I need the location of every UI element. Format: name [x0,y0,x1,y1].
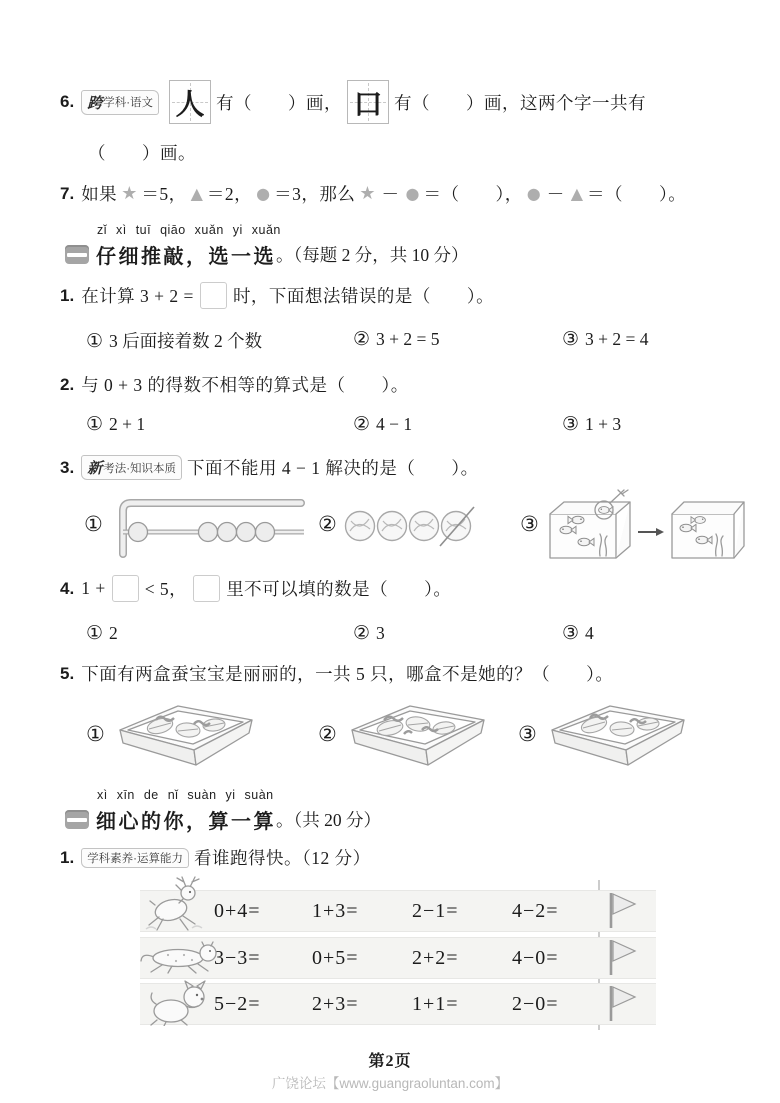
option-text: 2 + 1 [109,414,145,434]
question-number: 5. [60,664,74,684]
expression: 1+1= [412,984,459,1024]
leopard-icon [138,939,224,975]
notebook-icon [65,245,89,264]
stem-text: 里不可以填的数是（ ）。 [226,576,451,601]
stem-text: 下面有两盒蚕宝宝是丽丽的，一共 5 只，哪盒不是她的？（ ）。 [81,661,613,686]
circled-1: ① [86,622,103,644]
choice-q1: 1. 在计算 3 + 2 = 时，下面想法错误的是（ ）。 [60,282,494,309]
circled-2: ② [353,328,370,350]
answer-box [193,575,220,602]
expression: 2+3= [312,984,359,1024]
answer-box [112,575,139,602]
badge-label: 考法·知识本质 [103,460,176,476]
circled-3: ③ [518,722,537,746]
circled-2: ② [318,512,337,536]
section-pinyin: xì xīn de nǐ suàn yi suàn [97,788,274,802]
stem-text: 在计算 3 + 2 = [81,283,194,308]
character-grid-box: 人 [169,80,211,124]
minus-sign: － [547,181,565,206]
choice-q1-option-1: ①3 后面接着数 2 个数 [86,328,262,353]
section-score: 。（共 20 分） [276,807,381,832]
badge-prefix: 新 [87,457,102,478]
choice-q4-option-1: ①2 [86,622,118,644]
character-grid-box: 口 [347,80,389,124]
expression: 2−0= [512,984,559,1024]
choice-q1-option-3: ③3 + 2 = 4 [562,328,649,350]
triangle-icon: ▲ [571,184,583,203]
circled-3: ③ [562,622,579,644]
table-row: 0+4= 1+3= 2−1= 4−2= [140,890,656,932]
circle-icon: ● [527,184,541,203]
section-score: 。（每题 2 分，共 10 分） [276,242,469,267]
circled-1: ① [86,413,103,435]
star-icon: ★ [359,183,375,204]
expression: 0+5= [312,938,359,978]
option-text: 3 [376,623,385,643]
question-number: 4. [60,579,74,599]
circle-icon: ● [406,184,420,203]
stem-text: ＝（ ）， [423,181,522,206]
expression: 1+3= [312,891,359,931]
stem-text: 1 + [81,578,106,599]
question-6: 6. 跨学科·语文 人 有（ ）画， 口 有（ ）画，这两个字一共有 [60,80,646,124]
circled-2: ② [353,413,370,435]
question-number: 1. [60,848,74,868]
triangle-icon: ▲ [191,184,203,203]
expression: 4−2= [512,891,559,931]
page-number: 第2页 [0,1048,780,1071]
section-title: 仔细推敲，选一选 [96,240,276,269]
question-number: 3. [60,458,74,478]
option-text: 1 + 3 [585,414,621,434]
stem-text: ＝2， [207,181,252,206]
choice-q4: 4. 1 + < 5， 里不可以填的数是（ ）。 [60,575,451,602]
cross-subject-badge: 跨学科·语文 [81,90,159,115]
footer-watermark: 广饶论坛【www.guangraoluntan.com】 [0,1072,780,1092]
fish-tanks-image [544,488,746,566]
expression: 4−0= [512,938,559,978]
silkworm-box-image [112,700,262,778]
stem-text: ＝（ ）。 [587,181,686,206]
race-calculation-table: 0+4= 1+3= 2−1= 4−2= 3−3= 0+5= 2+2= 4−0= … [140,886,656,1031]
stem-text: 看谁跑得快。（12 分） [194,845,371,870]
circled-1: ① [86,330,103,352]
circle-icon: ● [256,184,270,203]
badge-label: 学科·语文 [103,94,153,110]
choice-q2: 2. 与 0 + 3 的得数不相等的算式是（ ）。 [60,372,409,397]
expression: 0+4= [214,891,261,931]
choice-q2-option-1: ①2 + 1 [86,413,145,435]
stem-text: 下面不能用 4 − 1 解决的是（ ）。 [187,455,479,480]
option-text: 3 + 2 = 5 [376,329,440,349]
option-text: 4 [585,623,594,643]
stem-text: ＝5， [141,181,186,206]
stem-text: < 5， [145,576,188,601]
section-header-choice: 仔细推敲，选一选 。（每题 2 分，共 10 分） [65,240,469,269]
option-text: 3 后面接着数 2 个数 [109,331,262,351]
finish-flag-icon [604,890,638,930]
choice-q4-option-3: ③4 [562,622,594,644]
circled-2: ② [353,622,370,644]
circled-2: ② [318,722,337,746]
calc-q1: 1. 学科素养·运算能力 看谁跑得快。（12 分） [60,845,371,870]
option-text: 2 [109,623,118,643]
question-7: 7. 如果 ★ ＝5， ▲ ＝2， ● ＝3，那么 ★ － ● ＝（ ）， ● … [60,181,686,206]
section-title: 细心的你，算一算 [96,805,276,834]
choice-q5: 5. 下面有两盒蚕宝宝是丽丽的，一共 5 只，哪盒不是她的？（ ）。 [60,661,613,686]
stem-text: 时，下面想法错误的是（ ）。 [233,283,494,308]
table-row: 5−2= 2+3= 1+1= 2−0= [140,983,656,1025]
choice-q3: 3. 新考法·知识本质 下面不能用 4 − 1 解决的是（ ）。 [60,455,479,480]
question-number: 1. [60,286,74,306]
minus-sign: － [382,181,400,206]
worksheet-page: 6. 跨学科·语文 人 有（ ）画， 口 有（ ）画，这两个字一共有 （ ）画。… [0,0,780,1103]
badge-prefix: 跨 [87,92,102,113]
star-icon: ★ [121,183,137,204]
finish-flag-icon [604,983,638,1023]
stem-text: （ ）画。 [88,140,196,165]
notebook-icon [65,810,89,829]
choice-q1-option-2: ②3 + 2 = 5 [353,328,440,350]
option-text: 4 − 1 [376,414,412,434]
stem-text: 与 0 + 3 的得数不相等的算式是（ ）。 [81,372,409,397]
choice-q2-option-2: ②4 − 1 [353,413,412,435]
silkworm-box-image [544,700,694,778]
section-pinyin: zǐ xì tuī qiāo xuǎn yi xuǎn [97,223,281,237]
option-text: 3 + 2 = 4 [585,329,649,349]
badge-label: 学科素养·运算能力 [87,850,183,866]
circled-1: ① [86,722,105,746]
circled-3: ③ [562,413,579,435]
deer-icon [142,874,214,932]
character-kou: 口 [354,82,383,123]
bead-rod-image [108,494,308,558]
choice-q2-option-3: ③1 + 3 [562,413,621,435]
question-6-line2: （ ）画。 [88,140,196,165]
dog-icon [144,980,216,1026]
character-ren: 人 [176,82,205,123]
section-header-calc: 细心的你，算一算 。（共 20 分） [65,805,381,834]
finish-flag-icon [604,937,638,977]
stem-text: 有（ ）画，这两个字一共有 [394,90,646,115]
circled-1: ① [84,512,103,536]
expression: 2+2= [412,938,459,978]
stem-text: 有（ ）画， [216,90,342,115]
competency-badge: 学科素养·运算能力 [81,848,189,868]
silkworm-box-image [344,700,494,778]
question-number: 2. [60,375,74,395]
expression: 2−1= [412,891,459,931]
stem-text: ＝3，那么 [274,181,355,206]
choice-q4-option-2: ②3 [353,622,385,644]
circled-3: ③ [520,512,539,536]
question-number: 6. [60,92,74,112]
question-number: 7. [60,184,74,204]
expression: 5−2= [214,984,261,1024]
stem-text: 如果 [81,181,117,206]
answer-box [200,282,227,309]
new-method-badge: 新考法·知识本质 [81,455,182,480]
marbles-image [342,504,478,548]
circled-3: ③ [562,328,579,350]
